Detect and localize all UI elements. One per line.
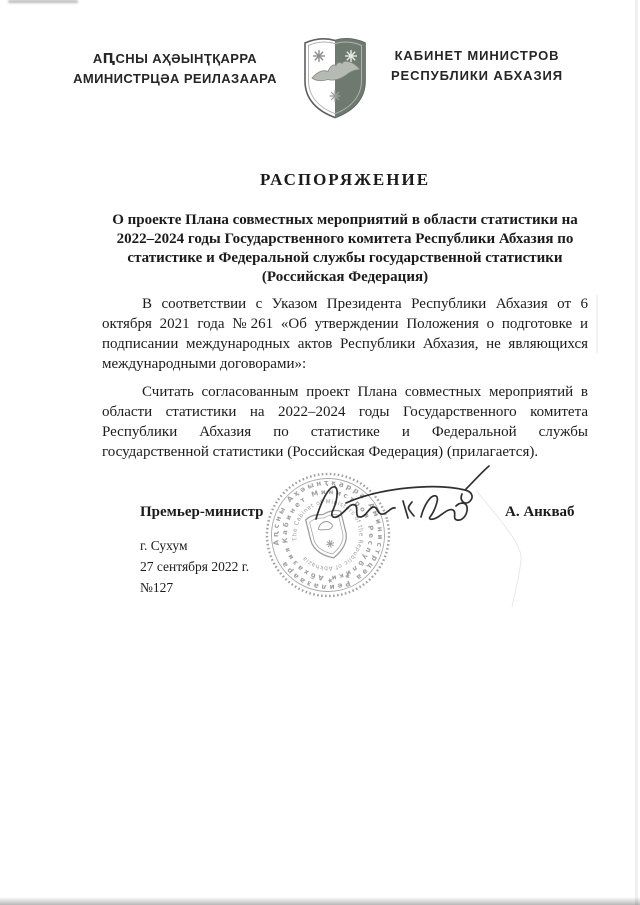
star-bottom-icon <box>330 91 341 102</box>
org-name-abkhaz: АԤСНЫ АҲӘЫНҬҚАРРА АМИНИСТРЦӘА РЕИЛАЗААРА <box>56 49 294 89</box>
org-name-abkhaz-line1: АԤСНЫ АҲӘЫНҬҚАРРА <box>56 49 294 69</box>
body-paragraph-1: В соответствии с Указом Президента Респу… <box>102 294 588 374</box>
document-page: АԤСНЫ АҲӘЫНҬҚАРРА АМИНИСТРЦӘА РЕИЛАЗААРА… <box>0 0 640 905</box>
document-title: РАСПОРЯЖЕНИЕ <box>102 170 588 190</box>
scan-smudge-top <box>8 0 78 3</box>
document-number: №127 <box>140 580 173 596</box>
document-city: г. Сухум <box>140 538 188 554</box>
seal-center-shield <box>305 509 351 562</box>
scan-streak <box>596 295 598 353</box>
body-paragraph-2: Считать согласованным проект Плана совме… <box>102 382 588 462</box>
round-official-seal-icon: Аԥсны Аҳәынҭқарра Аминистрцәа Реилазаара… <box>264 471 392 599</box>
abkhazia-coat-of-arms-icon <box>301 36 369 120</box>
org-name-abkhaz-line2: АМИНИСТРЦӘА РЕИЛАЗААРА <box>56 69 294 89</box>
org-name-russian-line2: РЕСПУБЛИКИ АБХАЗИЯ <box>384 66 570 86</box>
document-date: 27 сентября 2022 г. <box>140 559 249 575</box>
scan-page-right-edge <box>635 0 638 905</box>
scan-page-bottom-edge <box>0 897 640 905</box>
signer-post: Премьер-министр <box>140 504 264 521</box>
org-name-russian: КАБИНЕТ МИНИСТРОВ РЕСПУБЛИКИ АБХАЗИЯ <box>384 46 570 86</box>
org-name-russian-line1: КАБИНЕТ МИНИСТРОВ <box>384 46 570 66</box>
document-subject: О проекте Плана совместных мероприятий в… <box>102 211 588 287</box>
signer-name: А. Анкваб <box>505 504 575 521</box>
